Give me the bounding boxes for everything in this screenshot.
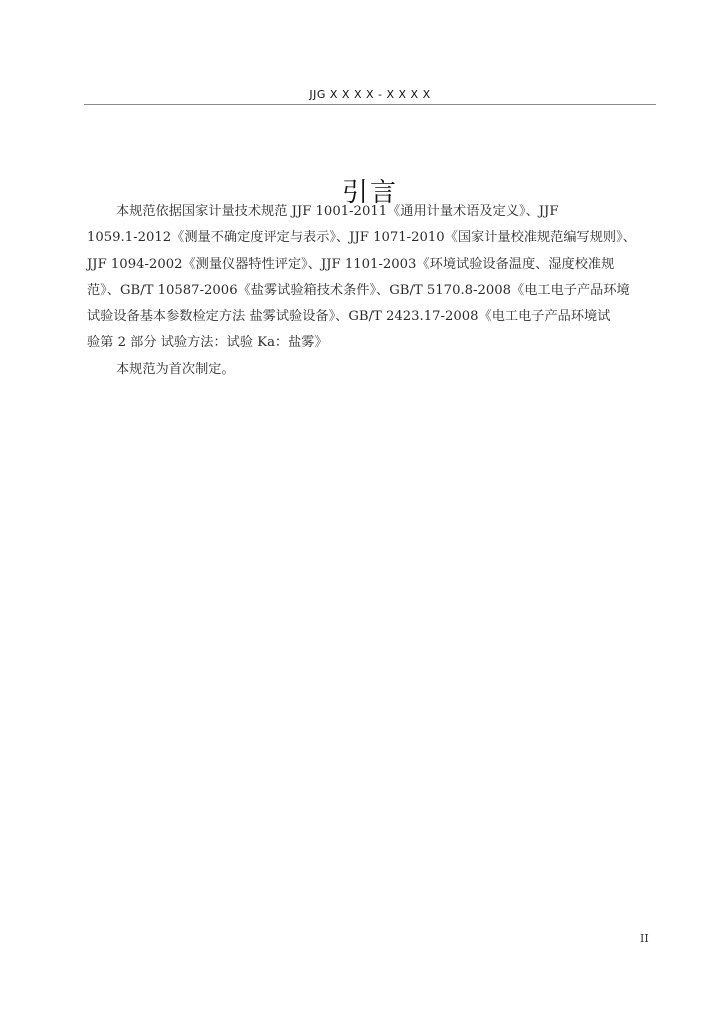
text-line: 试验设备基本参数检定方法 盐雾试验设备》、GB/T 2423.17-2008《电… xyxy=(87,304,653,330)
paragraph-first-edition: 本规范为首次制定。 xyxy=(87,357,653,383)
paragraph-references: 本规范依据国家计量技术规范 JJF 1001-2011《通用计量术语及定义》、J… xyxy=(87,199,653,357)
document-body: 本规范依据国家计量技术规范 JJF 1001-2011《通用计量术语及定义》、J… xyxy=(87,199,653,383)
text-line: JJF 1094-2002《测量仪器特性评定》、JJF 1101-2003《环境… xyxy=(87,252,653,278)
text-line: 本规范依据国家计量技术规范 JJF 1001-2011《通用计量术语及定义》、J… xyxy=(87,199,653,225)
header-divider xyxy=(84,104,656,105)
text-line: 验第 2 部分 试验方法：试验 Ka：盐雾》 xyxy=(87,330,653,356)
text-line: 1059.1-2012《测量不确定度评定与表示》、JJF 1071-2010《国… xyxy=(87,225,653,251)
page-number: II xyxy=(640,932,660,945)
page-header: JJG X X X X - X X X X xyxy=(84,86,656,104)
text-line: 本规范为首次制定。 xyxy=(87,357,653,383)
text-line: 范》、GB/T 10587-2006《盐雾试验箱技术条件》、GB/T 5170.… xyxy=(87,278,653,304)
standard-code: JJG X X X X - X X X X xyxy=(309,88,430,101)
